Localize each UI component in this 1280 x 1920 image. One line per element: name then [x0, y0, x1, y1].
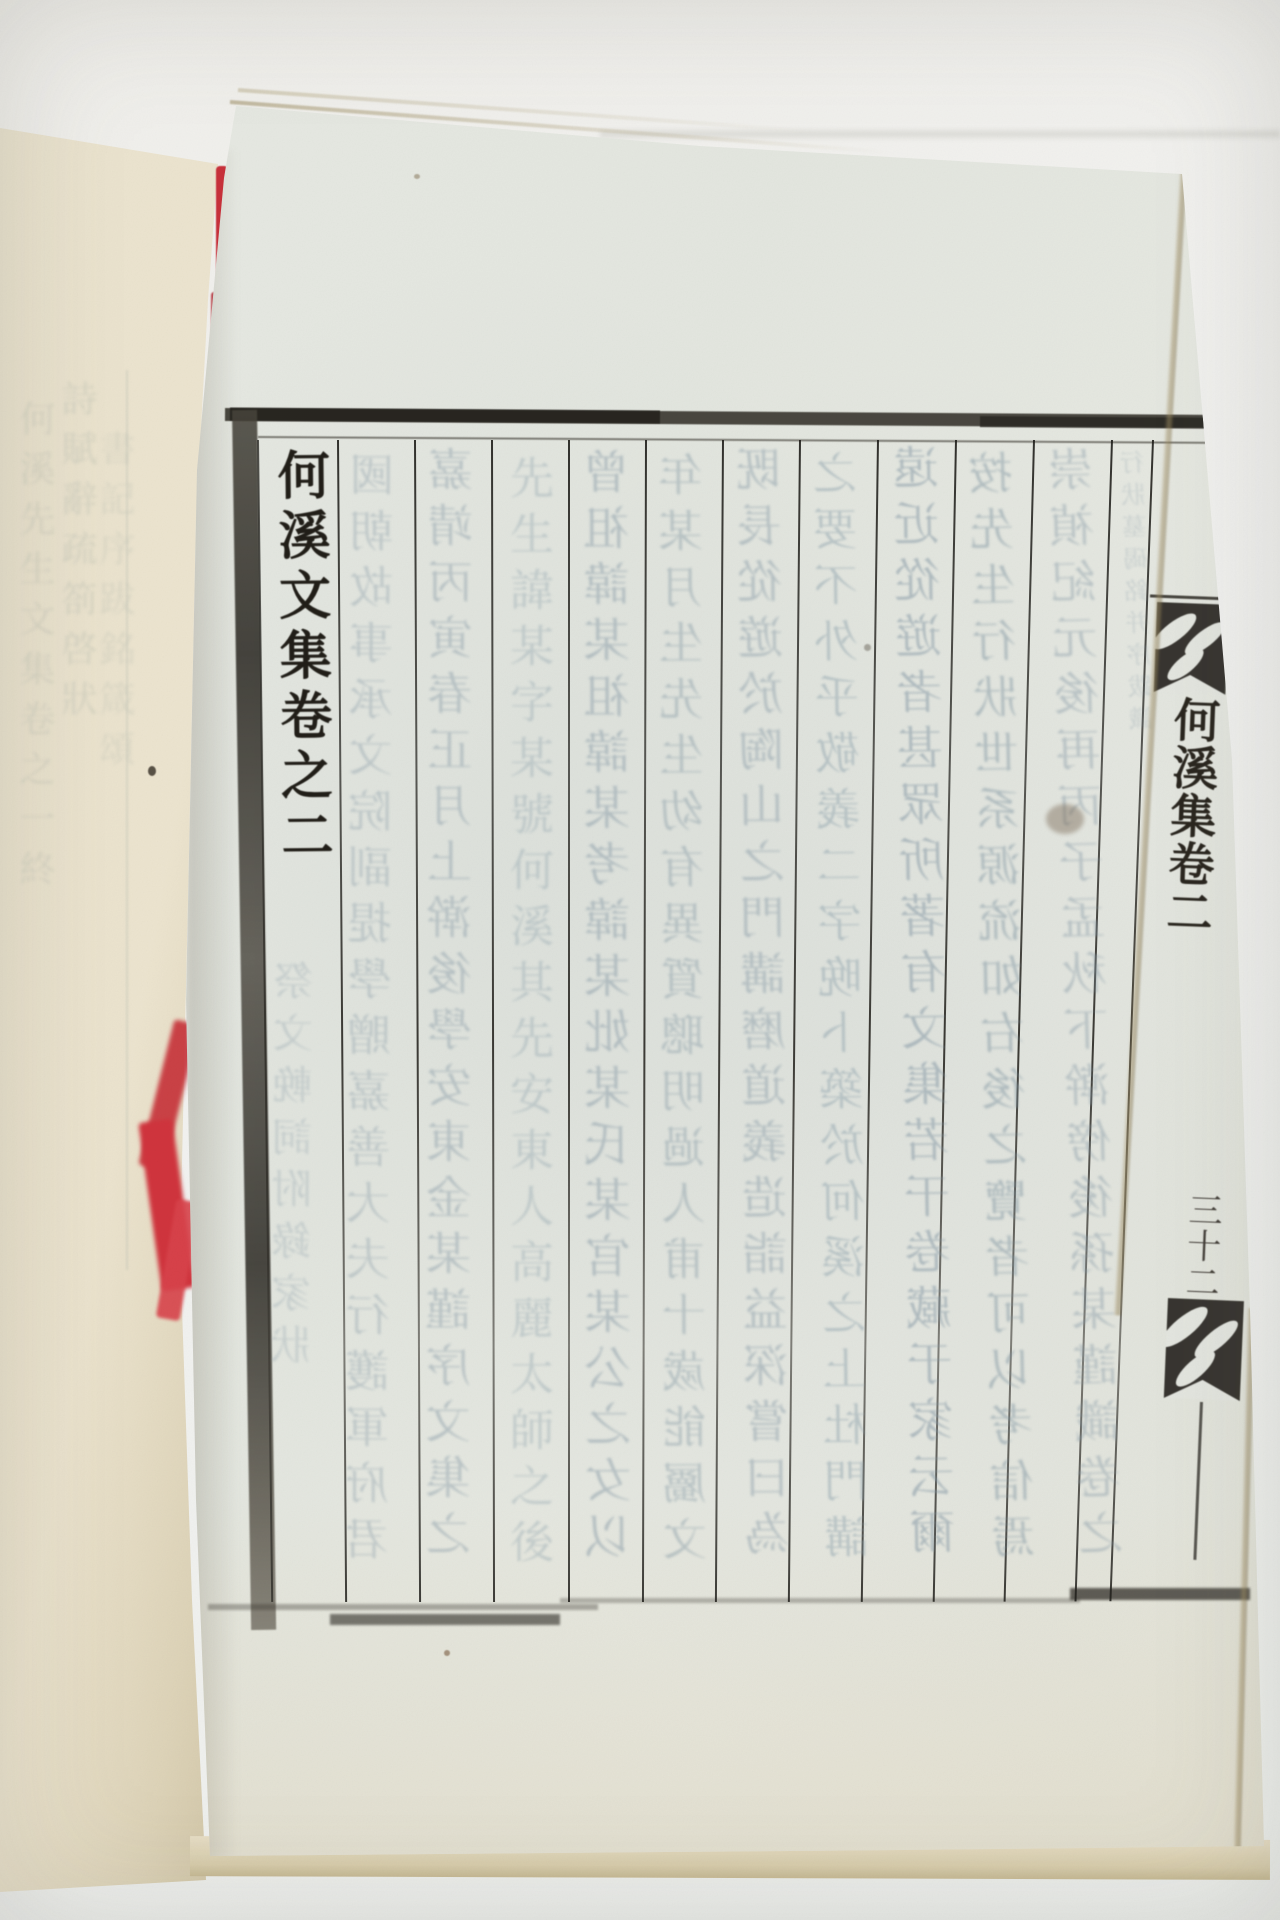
ghost-column: 嘉靖丙寅春正月上澣後學安東金某謹序文集之卷	[419, 446, 482, 1586]
page-number: 三十二	[1163, 1191, 1228, 1313]
fishtail-ornament-top	[1153, 602, 1230, 695]
fishtail-ornament-bottom	[1164, 1298, 1244, 1401]
ghost-column: 按先生行狀世系源流如右後之覽者可以考信焉耳	[963, 449, 1047, 1590]
banxin-rule	[1193, 1402, 1203, 1560]
ghost-column: 崇禎紀元後再丙子孟秋下澣傍後孫某謹識卷之終	[1041, 445, 1133, 1586]
frame-border-bottom	[208, 1604, 598, 1610]
page-title: 何溪文集卷之二	[260, 448, 340, 879]
ghost-column: 先生諱某字某號何溪其先安東人高麗太師之後也	[499, 455, 559, 1595]
frame-border-bottom	[330, 1614, 560, 1625]
column-rule	[568, 440, 570, 1602]
frame-inner-rule-top	[258, 436, 1232, 444]
stain	[414, 174, 420, 179]
stain	[444, 1650, 450, 1656]
column-rule	[491, 440, 495, 1602]
ghost-column: 之要不外乎敬義二字晚卜築於何溪之上杜門講學	[807, 450, 880, 1591]
column-rule	[642, 440, 647, 1602]
ink-speck	[148, 766, 156, 776]
ghost-column: 既長從遊於陶山之門講磨道義造詣益深嘗曰為學	[730, 446, 799, 1586]
frame-border-bottom	[560, 1598, 1080, 1603]
banxin-title: 何溪集卷二	[1146, 695, 1228, 958]
ghost-column: 國朝故事承文院副提學贈嘉善大夫行護軍府君遺	[339, 452, 405, 1592]
ghost-column: 書記序跋銘箴頌	[98, 430, 140, 1050]
frame-border-bottom	[1070, 1588, 1250, 1600]
ghost-column: 年某月生先生幼有異質聰明過人甫十歲能屬文章	[653, 452, 718, 1592]
book-photo: 何溪先生文集卷之一終 詩賦辭疏箚啓狀 書記序跋銘箴頌	[0, 0, 1280, 1920]
stain	[1046, 804, 1084, 834]
left-page-rule	[126, 370, 128, 1270]
ghost-column: 祭文輓詞附錄家狀	[263, 960, 324, 1580]
stain	[864, 644, 871, 651]
ghost-column: 曾祖諱某祖諱某考諱某妣某氏某官某公之女以某	[576, 448, 638, 1588]
frame-border-top	[980, 416, 1230, 429]
